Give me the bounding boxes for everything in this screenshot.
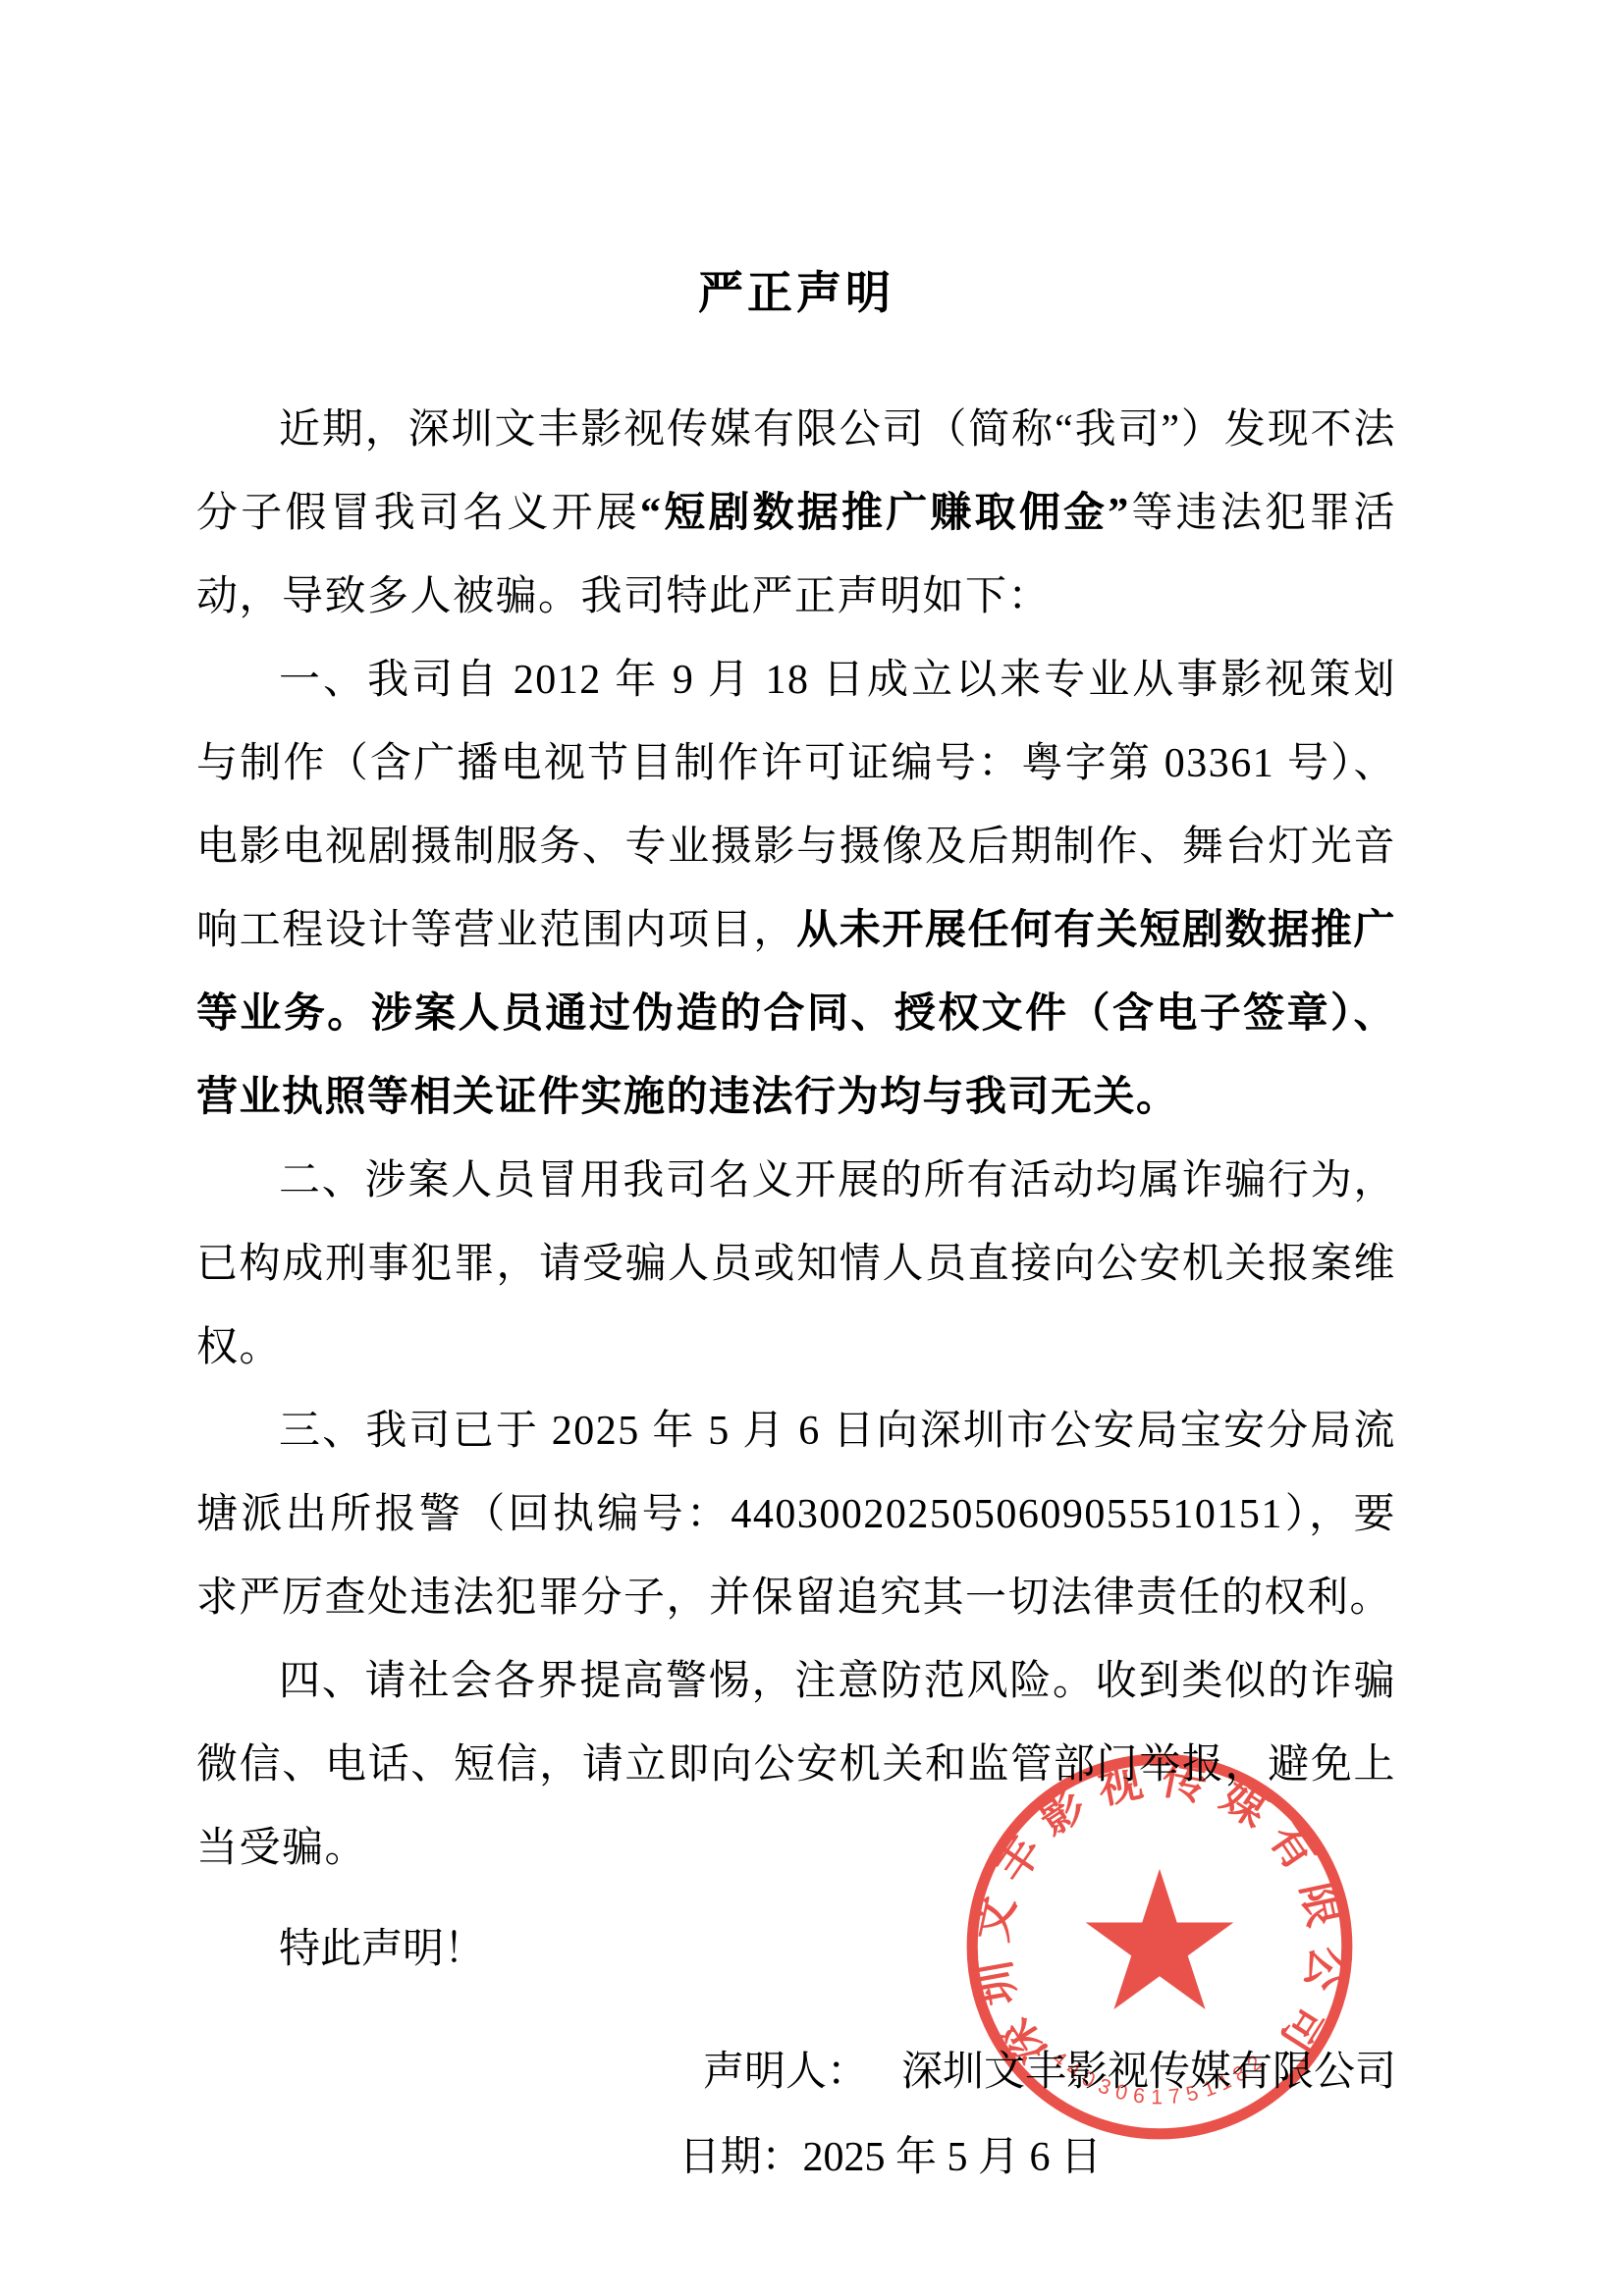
paragraph-list: 近期，深圳文丰影视传媒有限公司（简称“我司”）发现不法分子假冒我司名义开展“短剧…: [196, 389, 1396, 1891]
signatory-label: 声明人：: [703, 2050, 868, 2095]
page-title: 严正声明: [196, 257, 1396, 322]
paragraph: 一、我司自 2012 年 9 月 18 日成立以来专业从事影视策划与制作（含广播…: [196, 639, 1396, 1140]
statement-page: 严正声明 近期，深圳文丰影视传媒有限公司（简称“我司”）发现不法分子假冒我司名义…: [0, 0, 1624, 2296]
signatory-name: 深圳文丰影视传媒有限公司: [901, 2050, 1396, 2095]
paragraph: 三、我司已于 2025 年 5 月 6 日向深圳市公安局宝安分局流塘派出所报警（…: [196, 1390, 1396, 1640]
paragraph: 四、请社会各界提高警惕，注意防范风险。收到类似的诈骗微信、电话、短信，请立即向公…: [196, 1640, 1396, 1891]
closing-line: 特此声明！: [196, 1908, 1396, 1992]
signature-line: 声明人：深圳文丰影视传媒有限公司: [196, 2031, 1396, 2114]
bold-text-run: “短剧数据推广赚取佣金”: [640, 491, 1130, 536]
paragraph: 近期，深圳文丰影视传媒有限公司（简称“我司”）发现不法分子假冒我司名义开展“短剧…: [196, 389, 1396, 639]
date-line: 日期：2025 年 5 月 6 日: [196, 2116, 1102, 2200]
text-run: 三、我司已于 2025 年 5 月 6 日向深圳市公安局宝安分局流塘派出所报警（…: [196, 1409, 1396, 1621]
text-run: 四、请社会各界提高警惕，注意防范风险。收到类似的诈骗微信、电话、短信，请立即向公…: [196, 1659, 1396, 1871]
text-run: 二、涉案人员冒用我司名义开展的所有活动均属诈骗行为，已构成刑事犯罪，请受骗人员或…: [196, 1158, 1396, 1370]
document-body: 严正声明 近期，深圳文丰影视传媒有限公司（简称“我司”）发现不法分子假冒我司名义…: [0, 0, 1624, 2200]
paragraph: 二、涉案人员冒用我司名义开展的所有活动均属诈骗行为，已构成刑事犯罪，请受骗人员或…: [196, 1140, 1396, 1390]
signature-block: 声明人：深圳文丰影视传媒有限公司 日期：2025 年 5 月 6 日: [196, 2031, 1396, 2200]
